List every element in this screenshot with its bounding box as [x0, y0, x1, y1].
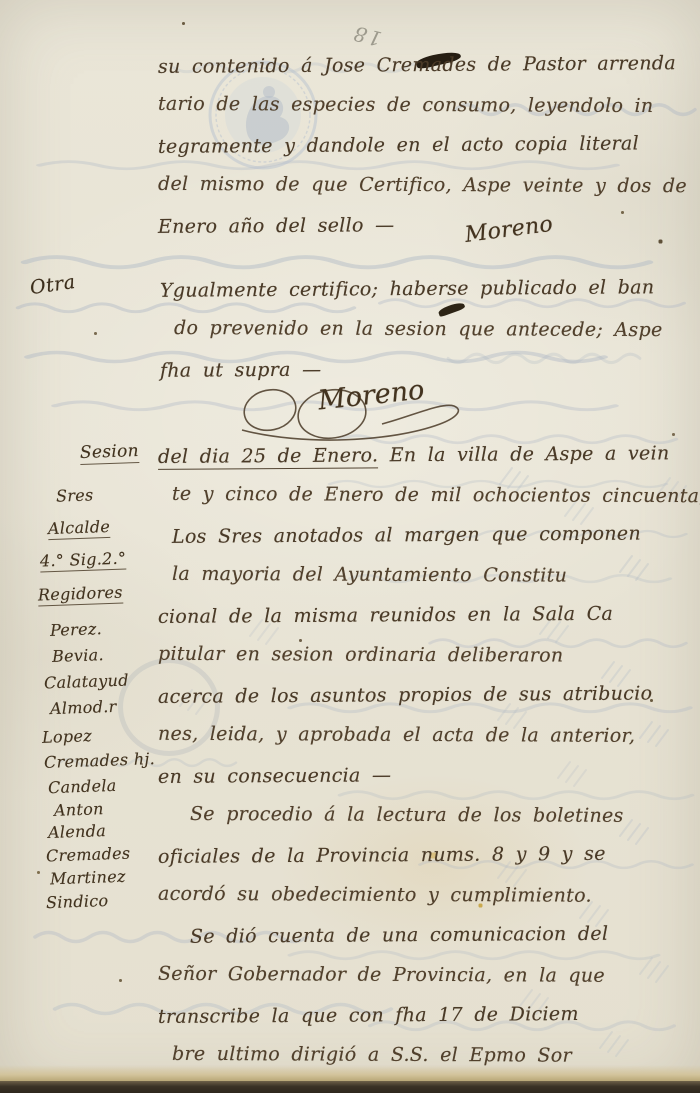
manuscript-line: tario de las especies de consumo, leyend…	[158, 87, 687, 129]
manuscript-line: pitular en sesion ordinaria deliberaron	[158, 637, 700, 679]
manuscript-line: Los Sres anotados al margen que componen	[158, 516, 700, 560]
margin-attendee-name: Anton	[54, 799, 104, 820]
margin-attendee-name: Sindico	[46, 891, 109, 912]
margin-attendee-name: Calatayud	[44, 671, 129, 693]
manuscript-line: cional de la misma reunidos en la Sala C…	[158, 596, 700, 640]
session-margin-attendees: Sesion Sres Alcalde 4.° Sig.2.° Regidore…	[18, 440, 158, 920]
margin-note-otra: Otra	[29, 271, 77, 299]
manuscript-line: te y cinco de Enero de mil ochocientos c…	[158, 477, 700, 519]
margin-attendee-name: Regidores	[38, 583, 123, 607]
session-entry-text: del dia 25 de Enero. En la villa de Aspe…	[158, 438, 700, 1078]
margin-attendee-name: 4.° Sig.2.°	[40, 549, 127, 573]
manuscript-line: do prevenido en la sesion que antecede; …	[160, 311, 663, 353]
paper-foxing-specks	[0, 0, 1, 1]
margin-attendee-name: Bevia.	[52, 645, 104, 666]
manuscript-line: Se procedio á la lectura de los boletine…	[158, 797, 700, 839]
page-bottom-edge	[0, 1065, 700, 1081]
manuscript-line: en su consecuencia —	[158, 756, 700, 800]
margin-session-title: Sesion	[80, 441, 140, 465]
manuscript-line: nes, leida, y aprobada el acta de la ant…	[158, 717, 700, 759]
manuscript-line: del mismo de que Certifico, Aspe veinte …	[158, 167, 687, 209]
manuscript-line: Enero año del sello — Moreno	[158, 206, 687, 250]
margin-attendee-name: Almod.r	[50, 697, 117, 718]
manuscript-line: su contenido á Jose Cremades de Pastor a…	[158, 46, 687, 90]
session-date-heading: del dia 25 de Enero.	[158, 444, 379, 470]
margin-attendee-name: Sres	[56, 485, 94, 505]
previous-entry-text: su contenido á Jose Cremades de Pastor a…	[158, 48, 687, 248]
manuscript-line-text: En la villa de Aspe a vein	[390, 442, 670, 466]
manuscript-line: del dia 25 de Enero. En la villa de Aspe…	[158, 436, 700, 480]
manuscript-line: la mayoria del Ayuntamiento Constitu	[158, 557, 700, 599]
next-page-edge	[0, 1081, 700, 1093]
manuscript-line: Señor Gobernador de Provincia, en la que	[158, 957, 700, 999]
manuscript-line: transcribe la que con fha 17 de Diciem	[158, 996, 700, 1040]
manuscript-line: oficiales de la Provincia nums. 8 y 9 y …	[158, 836, 700, 880]
margin-attendee-name: Candela	[48, 776, 117, 797]
manuscript-line: acordó su obedecimiento y cumplimiento.	[158, 877, 700, 919]
margin-attendee-name: Alcalde	[48, 517, 111, 540]
margin-attendee-name: Cremades hj.	[44, 749, 156, 772]
margin-attendee-name: Perez.	[50, 619, 103, 640]
margin-attendee-name: Lopez	[42, 726, 93, 747]
manuscript-line-text: Enero año del sello —	[158, 214, 395, 238]
manuscript-line: tegramente y dandole en el acto copia li…	[158, 126, 687, 170]
signature-moreno: Moreno	[463, 208, 555, 253]
margin-attendee-name: Alenda	[48, 821, 107, 842]
margin-attendee-name: Cremades	[46, 844, 131, 866]
manuscript-line: acerca de los asuntos propios de sus atr…	[158, 676, 700, 720]
manuscript-page: 18 su contenido á Jose Cremades de Pasto…	[0, 0, 700, 1093]
page-number: 18	[350, 21, 384, 51]
margin-attendee-name: Martinez	[50, 867, 126, 889]
manuscript-line: Ygualmente certifico; haberse publicado …	[160, 270, 663, 314]
manuscript-line: Se dió cuenta de una comunicacion del	[158, 916, 700, 960]
